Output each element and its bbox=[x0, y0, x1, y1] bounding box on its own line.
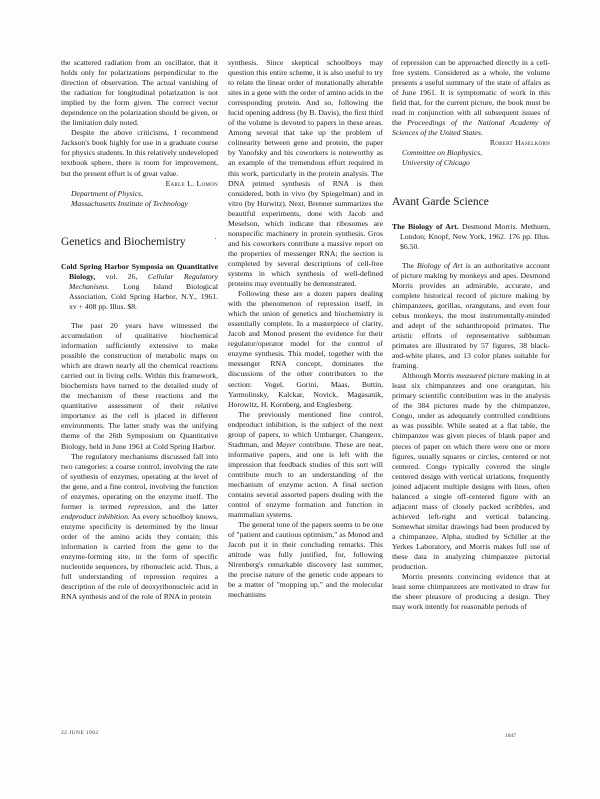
italic-term: endproduct inhibition. bbox=[61, 512, 130, 521]
review-paragraph: The previously mentioned fine control, e… bbox=[228, 410, 383, 521]
reviewer-signature: Robert Haselkorn bbox=[392, 138, 550, 148]
reviewer-affiliation-institution: University of Chicago bbox=[392, 158, 550, 168]
text-run: The bbox=[402, 261, 417, 270]
review-paragraph: Morris presents convincing evidence that… bbox=[392, 572, 550, 612]
text-run: is an authoritative account of picture m… bbox=[392, 261, 550, 370]
review-paragraph: synthesis. Since skeptical schoolboys ma… bbox=[228, 58, 383, 289]
italic-term: Mayer bbox=[276, 440, 296, 449]
review-paragraph: The regulatory mechanisms discussed fall… bbox=[61, 452, 218, 603]
italic-book-title: Biology of Art bbox=[417, 261, 463, 270]
text-run: of repression can be approached directly… bbox=[392, 58, 550, 127]
issue-date-footer: 22 JUNE 1962 bbox=[61, 730, 99, 736]
text-run: contribute. These are neat, informative … bbox=[228, 440, 383, 519]
italic-term: measured bbox=[456, 371, 486, 380]
text-run: picture making in at least six chimpanze… bbox=[392, 371, 550, 571]
reviewer-affiliation-institution: Massachusetts Institute of Technology bbox=[61, 199, 218, 209]
print-speck bbox=[215, 238, 216, 239]
continuation-paragraph: the scattered radiation from an oscillat… bbox=[61, 58, 218, 128]
left-column: the scattered radiation from an oscillat… bbox=[61, 58, 218, 602]
book-citation: The Biology of Art. Desmond Morris. Meth… bbox=[392, 222, 550, 252]
journal-page: the scattered radiation from an oscillat… bbox=[0, 0, 600, 799]
text-run: As every schoolboy knows, enzyme specifi… bbox=[61, 512, 218, 601]
review-paragraph: Although Morris measured picture making … bbox=[392, 371, 550, 572]
section-heading-avant-garde: Avant Garde Science bbox=[392, 195, 550, 209]
review-paragraph: The past 20 years have witnessed the acc… bbox=[61, 321, 218, 452]
reviewer-affiliation-department: Department of Physics, bbox=[61, 189, 218, 199]
section-heading-genetics: Genetics and Biochemistry bbox=[61, 235, 218, 249]
italic-term: repression, bbox=[128, 502, 162, 511]
middle-column: synthesis. Since skeptical schoolboys ma… bbox=[228, 58, 383, 601]
right-column: of repression can be approached directly… bbox=[392, 58, 550, 612]
page-number: 1047 bbox=[505, 733, 516, 739]
citation-title: The Biology of Art. bbox=[392, 222, 459, 231]
book-citation: Cold Spring Harbor Symposia on Quantitat… bbox=[61, 262, 218, 312]
review-paragraph: The general tone of the papers seems to … bbox=[228, 520, 383, 600]
citation-volume: vol. 26, bbox=[95, 272, 148, 281]
text-run: Although Morris bbox=[402, 371, 456, 380]
text-run: and the latter bbox=[162, 502, 218, 511]
closing-paragraph: Despite the above criticisms, I recommen… bbox=[61, 128, 218, 178]
italic-journal-name: Proceedings of the National Academy of S… bbox=[392, 118, 550, 137]
reviewer-signature: Earle L. Lomon bbox=[61, 179, 218, 189]
review-paragraph: of repression can be approached directly… bbox=[392, 58, 550, 138]
review-paragraph: The Biology of Art is an authoritative a… bbox=[392, 261, 550, 372]
review-paragraph: Following these are a dozen papers deali… bbox=[228, 289, 383, 410]
reviewer-affiliation-department: Committee on Biophysics, bbox=[392, 148, 550, 158]
